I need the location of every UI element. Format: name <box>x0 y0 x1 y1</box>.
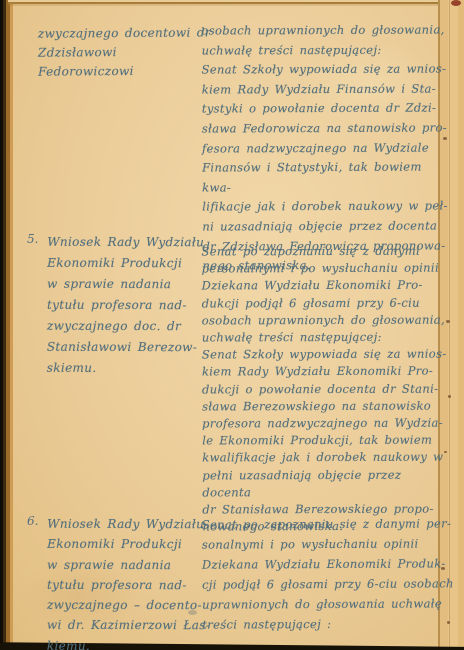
item-5-text: Wniosek Rady Wydziału Ekonomiki Produkcj… <box>47 232 218 380</box>
book-gutter-edge <box>0 0 16 650</box>
resolution-paragraph-2: Senat po zapoznaniu się z danymi persona… <box>201 243 454 536</box>
item-6-number: 6. <box>27 514 38 528</box>
resolution-paragraph-3: Senat po zapoznaniu się z danymi per- so… <box>202 513 455 634</box>
scanned-page: zwyczajnego docentowi dr Zdzisławowi Fed… <box>0 0 464 650</box>
continuation-note: zwyczajnego docentowi dr Zdzisławowi Fed… <box>38 23 218 81</box>
item-5-number: 5. <box>27 232 38 246</box>
page-top-edge <box>8 0 464 8</box>
corner-stain <box>451 0 461 6</box>
item-6-text: Wniosek Rady Wydziału Ekonomiki Produkcj… <box>47 514 217 650</box>
resolution-paragraph-1: osobach uprawnionych do głosowania, uchw… <box>201 20 454 276</box>
